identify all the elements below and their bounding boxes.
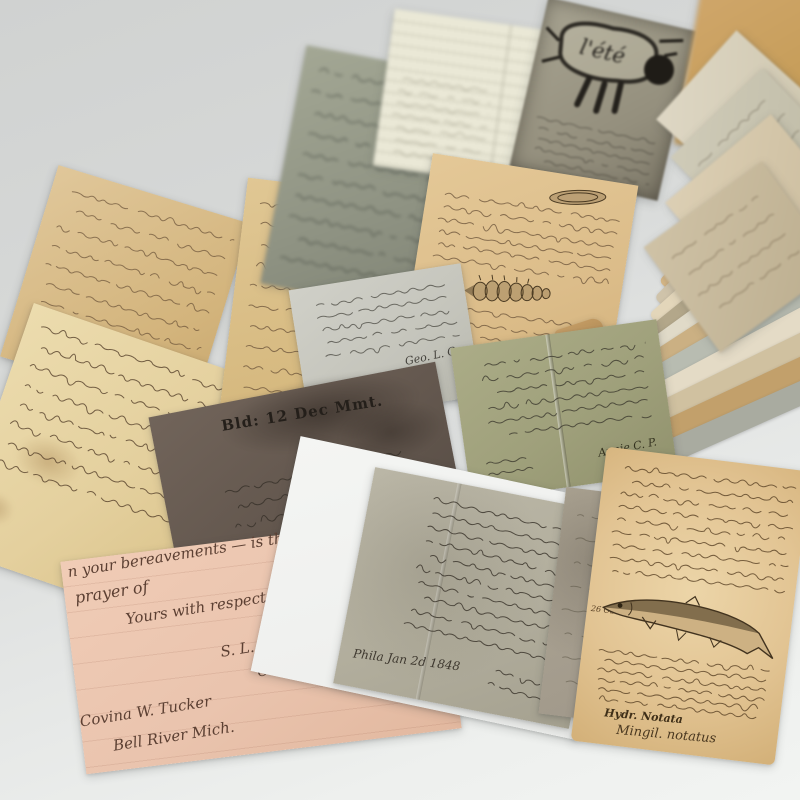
fish-note-card: 26 Ob. 7 Hydr. Notata Mingil. notatus: [571, 447, 800, 766]
ledger-column-rule: [489, 25, 512, 182]
poem-dateline: Phila Jan 2d 1848: [352, 646, 461, 673]
fish-species-name: Mingil. notatus: [616, 723, 717, 747]
ephemera-flatlay-photo: l'été: [0, 0, 800, 800]
age-stain: [0, 486, 19, 531]
pink-addressee-place: Bell River Mich.: [112, 718, 236, 755]
handwriting-scribbles: [476, 333, 657, 448]
pink-line-prayer: prayer of: [73, 577, 149, 607]
